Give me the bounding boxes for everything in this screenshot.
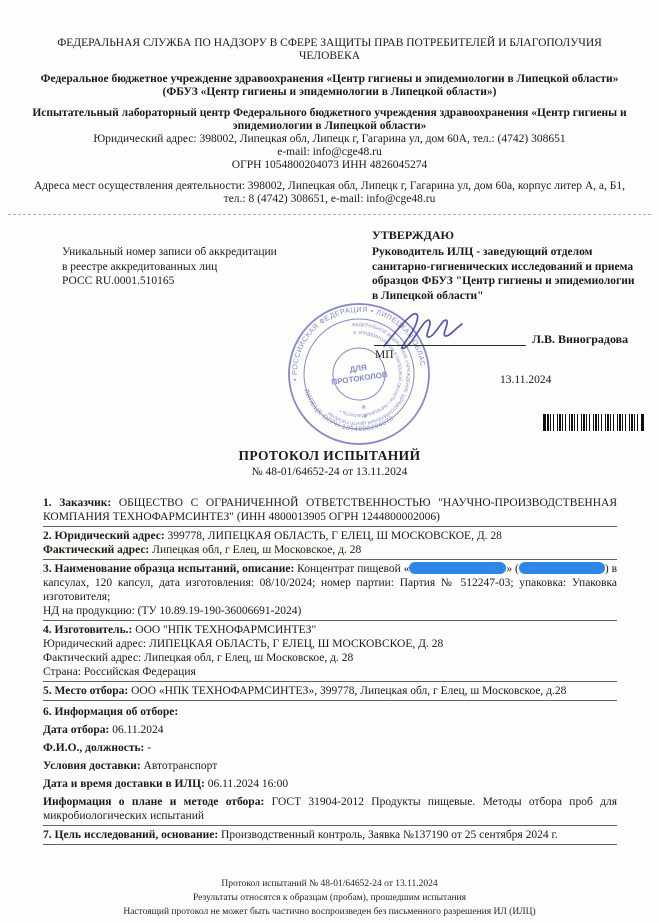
activity-addresses: Адреса мест осуществления деятельности: … [29,180,630,206]
field-value: Концентрат пищевой « [297,563,409,575]
stamp-star-icon: ✳ [360,403,367,412]
redacted-product-name [409,562,506,574]
stamp-star-icon: ✳ [362,412,369,421]
field-sample-description: 3. Наименование образца испытаний, описа… [43,562,617,604]
field-value: ЛИПЕЦКАЯ ОБЛАСТЬ, Г ЕЛЕЦ, Ш МОСКОВСКОЕ, … [149,638,443,650]
field-label: 7. Цель исследований, основание: [43,829,221,841]
field-delivery-datetime: Дата и время доставки в ИЛЦ: 06.11.2024 … [43,777,617,791]
field-value: » ( [506,563,518,575]
approve-heading: УТВЕРЖДАЮ [372,228,454,243]
field-label: 5. Место отбора: [43,685,131,697]
field-label: Дата и время доставки в ИЛЦ: [43,778,208,790]
footer-results-note: Результаты относятся к образцам (пробам)… [0,891,659,905]
ogrn-inn: ОГРН 1054800204073 ИНН 4826045274 [29,159,630,172]
field-value: 06.11.2024 [112,724,163,736]
field-value: ООО "НПК ТЕХНОФАРМСИНТЕЗ" [135,624,316,636]
field-label: 2. Юридический адрес: [43,530,168,542]
field-sampling-place: 5. Место отбора: ООО «НПК ТЕХНОФАРМСИНТЕ… [43,684,617,701]
field-value: - [147,742,151,754]
field-country: Страна: Российская Федерация [43,665,617,682]
field-label: Ф.И.О., должность: [43,742,147,754]
field-label: Дата отбора: [43,724,112,736]
field-label: Условия доставки: [43,760,144,772]
field-nd-product: НД на продукцию: (ТУ 10.89.19-190-360066… [43,604,617,621]
field-research-purpose: 7. Цель исследований, основание: Произво… [43,828,617,845]
field-value: 399778, ЛИПЕЦКАЯ ОБЛАСТЬ, Г ЕЛЕЦ, Ш МОСК… [168,530,502,542]
field-label: Фактический адрес: [43,544,152,556]
approval-date: 13.11.2024 [500,374,551,386]
laboratory-center-name: Испытательный лабораторный центр Федерал… [29,107,630,133]
field-value: ООО «НПК ТЕХНОФАРМСИНТЕЗ», 399778, Липец… [131,685,566,697]
document-body: 1. Заказчик: ОБЩЕСТВО С ОГРАНИЧЕННОЙ ОТВ… [43,496,617,847]
field-value: Российская Федерация [84,666,196,678]
field-label: 1. Заказчик: [43,497,119,509]
signer-name: Л.В. Виноградова [532,332,628,347]
redacted-product-name-alt [519,562,605,574]
field-value: (ТУ 10.89.19-190-36006691-2024) [138,605,302,617]
field-value: 06.11.2024 16:00 [208,778,288,790]
document-footer: Протокол испытаний № 48-01/64652-24 от 1… [0,877,659,919]
field-label: Юридический адрес: [43,638,149,650]
barcode [543,414,644,431]
accreditation-block: Уникальный номер записи об аккредитации … [62,245,302,289]
legal-address: Юридический адрес: 398002, Липецкая обл,… [29,133,630,146]
stamp-place-label: МП [375,349,394,361]
field-manufacturer: 4. Изготовитель.: ООО "НПК ТЕХНОФАРМСИНТ… [43,623,617,637]
protocol-document-page: ФЕДЕРАЛЬНАЯ СЛУЖБА ПО НАДЗОРУ В СФЕРЕ ЗА… [0,0,659,923]
field-label: Страна: [43,666,84,678]
field-value: Липецкая обл, г Елец, ш Московское, д. 2… [144,652,353,664]
field-label: НД на продукцию: [43,605,138,617]
field-value: ОБЩЕСТВО С ОГРАНИЧЕННОЙ ОТВЕТСТВЕННОСТЬЮ… [43,497,617,523]
organization-name: Федеральное бюджетное учреждение здравоо… [29,73,630,99]
field-delivery-conditions: Условия доставки: Автотранспорт [43,759,617,773]
document-header: ФЕДЕРАЛЬНАЯ СЛУЖБА ПО НАДЗОРУ В СФЕРЕ ЗА… [29,37,630,206]
field-value: Автотранспорт [144,760,218,772]
document-number: № 48-01/64652-24 от 13.11.2024 [0,466,659,478]
field-manufacturer-actual-address: Фактический адрес: Липецкая обл, г Елец,… [43,651,617,665]
accreditation-number: РОСС RU.0001.510165 [62,274,302,289]
field-label: 4. Изготовитель.: [43,624,135,636]
field-legal-address: 2. Юридический адрес: 399778, ЛИПЕЦКАЯ О… [43,529,617,543]
field-value: Производственный контроль, Заявка №13719… [221,829,558,841]
footer-protocol-number: Протокол испытаний № 48-01/64652-24 от 1… [0,877,659,891]
field-label: Фактический адрес: [43,652,144,664]
federal-service-name: ФЕДЕРАЛЬНАЯ СЛУЖБА ПО НАДЗОРУ В СФЕРЕ ЗА… [29,37,630,63]
field-sampling-date: Дата отбора: 06.11.2024 [43,723,617,737]
field-label: 3. Наименование образца испытаний, описа… [43,563,297,575]
document-title: ПРОТОКОЛ ИСПЫТАНИЙ [0,448,659,464]
field-sampling-info-heading: 6. Информация об отборе: [43,705,617,719]
document-title-block: ПРОТОКОЛ ИСПЫТАНИЙ № 48-01/64652-24 от 1… [0,448,659,478]
field-label: Информация о плане и методе отбора: [43,796,272,808]
accreditation-line: в реестре аккредитованных лиц [62,260,302,275]
field-customer: 1. Заказчик: ОБЩЕСТВО С ОГРАНИЧЕННОЙ ОТВ… [43,496,617,527]
field-actual-address: Фактический адрес: Липецкая обл, г Елец,… [43,543,617,560]
field-label: 6. Информация об отборе: [43,706,178,718]
field-sampling-method: Информация о плане и методе отбора: ГОСТ… [43,795,617,826]
accreditation-line: Уникальный номер записи об аккредитации [62,245,302,260]
email: e-mail: info@cge48.ru [29,146,630,159]
field-sampler-name: Ф.И.О., должность: - [43,741,617,755]
footer-reproduction-note: Настоящий протокол не может быть частичн… [0,905,659,919]
field-value: Липецкая обл, г Елец, ш Московское, д. 2… [152,544,361,556]
horizontal-separator [8,214,651,215]
field-manufacturer-legal-address: Юридический адрес: ЛИПЕЦКАЯ ОБЛАСТЬ, Г Е… [43,637,617,651]
signature-line [374,322,526,346]
